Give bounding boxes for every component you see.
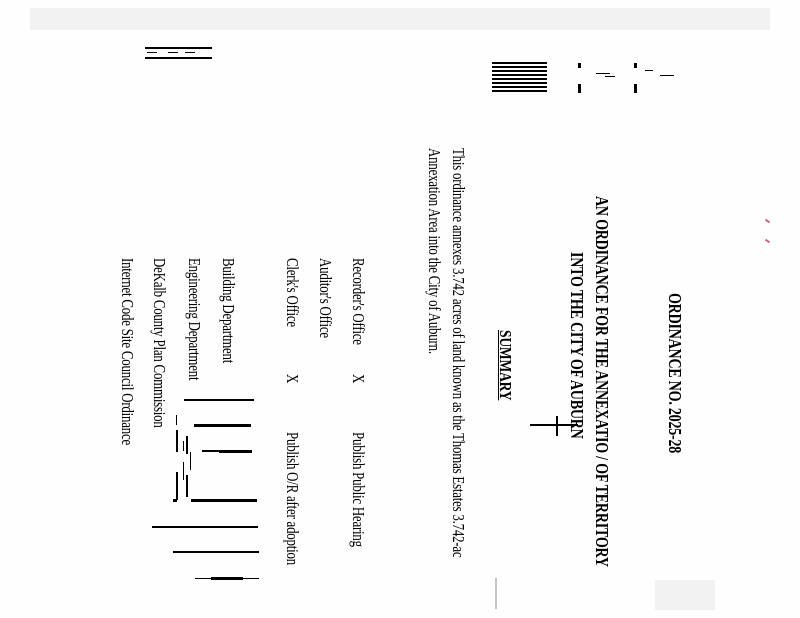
stamp-mark [596,73,610,74]
department-item: Engineering Department [186,258,203,380]
distribution-office: Clerk's Office [284,258,301,327]
stamp-mark [660,75,674,76]
stamp-mark [634,63,637,68]
stamp-mark [605,76,615,77]
summary-text-line-1: This ordinance annexes 3.742 acres of la… [450,148,467,557]
tick-mark [190,452,191,470]
signature-line [191,499,257,502]
ordinance-number: ORDINANCE NO. 2025-28 [666,293,684,453]
scan-bleed-through [30,8,770,30]
department-item: DeKalb County Plan Commission [151,258,168,428]
tick-mark [176,430,178,452]
strike-mark [530,424,578,426]
signature-line [194,424,251,427]
tick-mark [186,475,188,497]
redaction-mark [168,52,178,53]
tick-mark [176,472,178,500]
tick-mark [183,441,184,451]
stamp-mark [578,63,581,68]
distribution-office: Recorder's Office [350,258,367,345]
stamp-mark [578,84,581,93]
distribution-mark: X [350,374,367,383]
ordinance-heading-line-1: AN ORDINANCE FOR THE ANNEXATIO / OF TERR… [593,196,611,567]
signature-line [219,450,252,453]
signature-line [152,526,258,528]
tick-mark [173,499,177,502]
tick-mark [183,462,184,480]
department-item: Building Department [220,258,237,363]
redaction-mark [145,57,212,59]
redaction-mark [147,52,157,53]
stamp-mark [634,84,637,93]
ordinance-heading-line-2: INTO THE CITY OF AUBURN [568,252,586,439]
tick-mark [176,415,177,425]
distribution-action: Publish O/R after adoption [284,432,301,565]
summary-heading: SUMMARY [497,330,514,400]
strike-mark [556,416,558,436]
distribution-mark: X [284,374,301,383]
pen-mark [765,239,770,244]
signature-line [195,578,259,579]
scan-edge-line [495,578,497,609]
summary-text-line-2: Annexation Area into the City of Auburn. [426,148,443,354]
scanned-document-page: ORDINANCE NO. 2025-28 AN ORDINANCE FOR T… [0,0,800,618]
stamp-mark [645,70,653,71]
signature-line [173,551,259,553]
stamp-block [492,62,547,94]
scan-bleed-through [655,580,715,610]
tick-mark [186,436,188,454]
distribution-office: Auditor's Office [317,258,334,338]
pen-mark [765,219,770,224]
redaction-mark [145,47,212,49]
redaction-mark [185,52,195,53]
distribution-action: Publish Public Hearing [350,432,367,547]
signature-line [184,399,254,401]
department-item: Internet Code Site Council Ordinance [119,258,136,445]
